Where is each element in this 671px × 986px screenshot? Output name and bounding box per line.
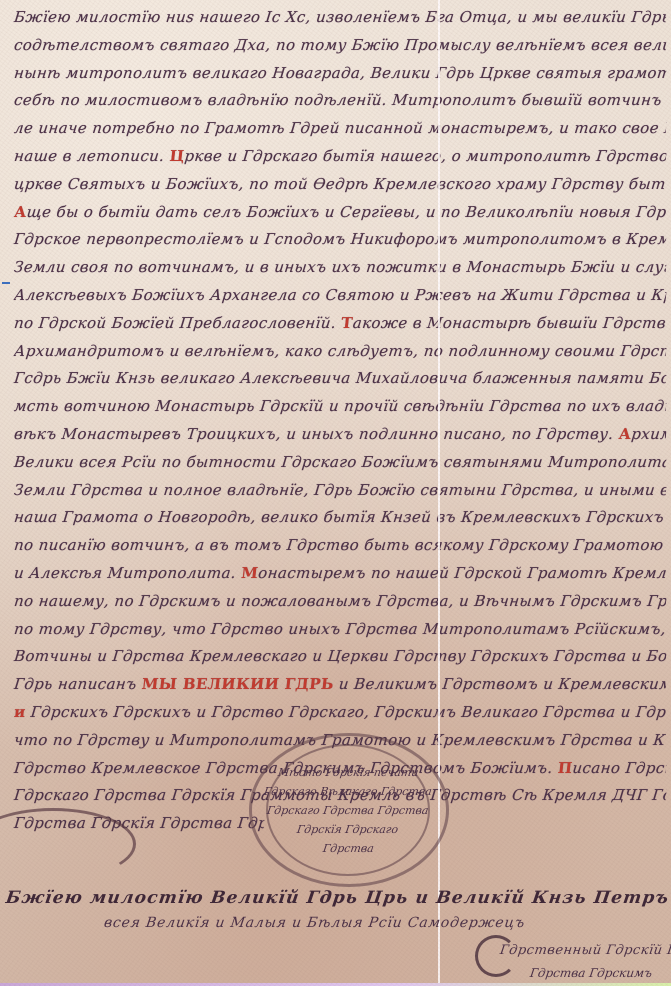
line-text: Земли Гдрства и полное владѣнїе, Гдрь Бо… — [13, 481, 667, 499]
manuscript-line: ле иначе потребно по Грамотѣ Гдрей писан… — [13, 115, 668, 143]
rubric-initial: МЫ ВЕЛИКИИ ГДРЬ — [141, 675, 335, 693]
line-text-continued: рхимандрита и Кнзя святыми — [630, 425, 667, 443]
line-text: Архимандритомъ и велѣнїемъ, како слѣдует… — [13, 342, 667, 360]
seal-text-line: Мѣсто Гдрскїя печати — [276, 763, 419, 782]
line-text-continued: акоже в Монастырѣ бывшїи Гдрства Гдрства… — [352, 314, 668, 332]
margin-mark — [2, 282, 10, 284]
line-text: по писанїю вотчинъ, а въ томъ Гдрство бы… — [13, 536, 667, 554]
line-text: Алексѣевыхъ Божїихъ Архангела со Святою … — [13, 286, 667, 304]
manuscript-page: Бжїею милостїю ниѕ нашего Іс Хс, изволен… — [0, 0, 671, 986]
line-text: цркве Святыхъ и Божїихъ, по той Ѳедрѣ Кр… — [13, 175, 667, 193]
charter-body: Бжїею милостїю ниѕ нашего Іс Хс, изволен… — [14, 4, 666, 838]
seal-stamp: Мѣсто Гдрскїя печати Гдрскаго Вѣликаго Г… — [249, 733, 449, 887]
line-text-continued: ще бы о бытїи дать селъ Божїихъ и Сергїе… — [26, 203, 668, 221]
manuscript-line: вѣкъ Монастыревъ Троицкихъ, и иныхъ подл… — [13, 421, 668, 449]
manuscript-line: нынѣ митрополитъ великаго Новаграда, Вел… — [13, 60, 668, 88]
line-text-continued: Гдрскихъ Гдрскихъ и Гдрство Гдрскаго, Гд… — [25, 703, 668, 721]
line-text-continued: исано Гдрствомъ Гдрства Гдрскимъ — [572, 759, 668, 777]
manuscript-line: по Гдрской Божїей Преблагословенїй. Тако… — [13, 310, 668, 338]
manuscript-line: Алексѣевыхъ Божїихъ Архангела со Святою … — [13, 282, 668, 310]
line-text: мсть вотчиною Монастырь Гдрскїй и прочїй… — [13, 397, 667, 415]
line-text: Земли своя по вотчинамъ, и в иныхъ ихъ п… — [13, 258, 667, 276]
line-text: вѣкъ Монастыревъ Троицкихъ, и иныхъ подл… — [13, 425, 620, 443]
manuscript-line: наша Грамота о Новгородѣ, велико бытїя К… — [13, 504, 668, 532]
manuscript-line: Аще бы о бытїи дать селъ Божїихъ и Сергї… — [13, 199, 668, 227]
manuscript-line: Архимандритомъ и велѣнїемъ, како слѣдует… — [13, 338, 668, 366]
manuscript-line: Земли Гдрства и полное владѣнїе, Гдрь Бо… — [13, 477, 668, 505]
line-text: нынѣ митрополитъ великаго Новаграда, Вел… — [13, 64, 667, 82]
seal-inner-ring: Мѣсто Гдрскїя печати Гдрскаго Вѣликаго Г… — [266, 744, 430, 876]
line-text: Гсдрь Бжїи Кнзь великаго Алексѣевича Мих… — [13, 369, 667, 387]
line-text: ле иначе потребно по Грамотѣ Гдрей писан… — [13, 119, 667, 137]
manuscript-line: и Алексѣя Митрополита. Монастыремъ по на… — [13, 560, 668, 588]
line-text: наше в летописи. — [13, 147, 170, 165]
manuscript-line: и Гдрскихъ Гдрскихъ и Гдрство Гдрскаго, … — [13, 699, 668, 727]
line-text-continued: онастыремъ по нашей Гдрской Грамотѣ Крем… — [257, 564, 667, 582]
seal-text-line: Гдрскїя Гдрскаго — [296, 820, 400, 839]
line-text-continued: и Великимъ Гдрствомъ и Кремлевскимъ Гдрс… — [333, 675, 668, 693]
signature-title-line: Бжїею милостїю Великїй Гдрь Црь и Великї… — [5, 888, 668, 908]
seal-text-line: Гдрства — [321, 839, 375, 858]
seal-text-line: Гдрскаго Гдрства Гдрства — [266, 801, 430, 820]
manuscript-line: наше в летописи. Цркве и Гдрскаго бытїя … — [13, 143, 668, 171]
seal-text-line: Гдрскаго Вѣликаго Гдрства — [263, 782, 433, 801]
countersignature-line: Гдрственный Гдрскїй Гдрь — [499, 943, 671, 958]
manuscript-line: цркве Святыхъ и Божїихъ, по той Ѳедрѣ Кр… — [13, 171, 668, 199]
manuscript-line: Велики всея Рсїи по бытности Гдрскаго Бо… — [13, 449, 668, 477]
manuscript-line: Гдрь написанъ МЫ ВЕЛИКИИ ГДРЬ и Великимъ… — [13, 671, 668, 699]
line-text: по нашему, по Гдрскимъ и пожалованымъ Гд… — [13, 592, 667, 610]
line-text: содѣтелствомъ святаго Дха, по тому Бжїю … — [13, 36, 667, 54]
line-text-continued: ркве и Гдрскаго бытїя нашего, о митропол… — [184, 147, 668, 165]
manuscript-line: Земли своя по вотчинамъ, и в иныхъ ихъ п… — [13, 254, 668, 282]
signature-subtitle-line: всея Великїя и Малыя и Бѣлыя Рсїи Самоде… — [103, 915, 526, 931]
manuscript-line: Бжїею милостїю ниѕ нашего Іс Хс, изволен… — [13, 4, 668, 32]
line-text: Вотчины и Гдрства Кремлевскаго и Церкви … — [13, 647, 667, 665]
manuscript-line: Гсдрь Бжїи Кнзь великаго Алексѣевича Мих… — [13, 365, 668, 393]
line-text: Велики всея Рсїи по бытности Гдрскаго Бо… — [13, 453, 667, 471]
line-text: Бжїею милостїю ниѕ нашего Іс Хс, изволен… — [13, 8, 667, 26]
line-text: Гдрское первопрестолїемъ и Гсподомъ Ники… — [13, 230, 667, 248]
line-text: по тому Гдрству, что Гдрство иныхъ Гдрст… — [13, 620, 667, 638]
manuscript-line: по нашему, по Гдрскимъ и пожалованымъ Гд… — [13, 588, 668, 616]
line-text: и Алексѣя Митрополита. — [13, 564, 242, 582]
line-text: по Гдрской Божїей Преблагословенїй. — [13, 314, 342, 332]
manuscript-line: Вотчины и Гдрства Кремлевскаго и Церкви … — [13, 643, 668, 671]
line-text: наша Грамота о Новгородѣ, велико бытїя К… — [13, 508, 667, 526]
manuscript-line: по тому Гдрству, что Гдрство иныхъ Гдрст… — [13, 616, 668, 644]
manuscript-line: содѣтелствомъ святаго Дха, по тому Бжїю … — [13, 32, 668, 60]
manuscript-line: мсть вотчиною Монастырь Гдрскїй и прочїй… — [13, 393, 668, 421]
manuscript-line: по писанїю вотчинъ, а въ томъ Гдрство бы… — [13, 532, 668, 560]
line-text: Гдрь написанъ — [13, 675, 143, 693]
manuscript-line: себѣ по милостивомъ владѣнїю подѣленїй. … — [13, 87, 668, 115]
countersignature-line-2: Гдрства Гдрскимъ — [529, 966, 653, 980]
manuscript-line: Гдрское первопрестолїемъ и Гсподомъ Ники… — [13, 226, 668, 254]
line-text: себѣ по милостивомъ владѣнїю подѣленїй. … — [13, 91, 667, 109]
